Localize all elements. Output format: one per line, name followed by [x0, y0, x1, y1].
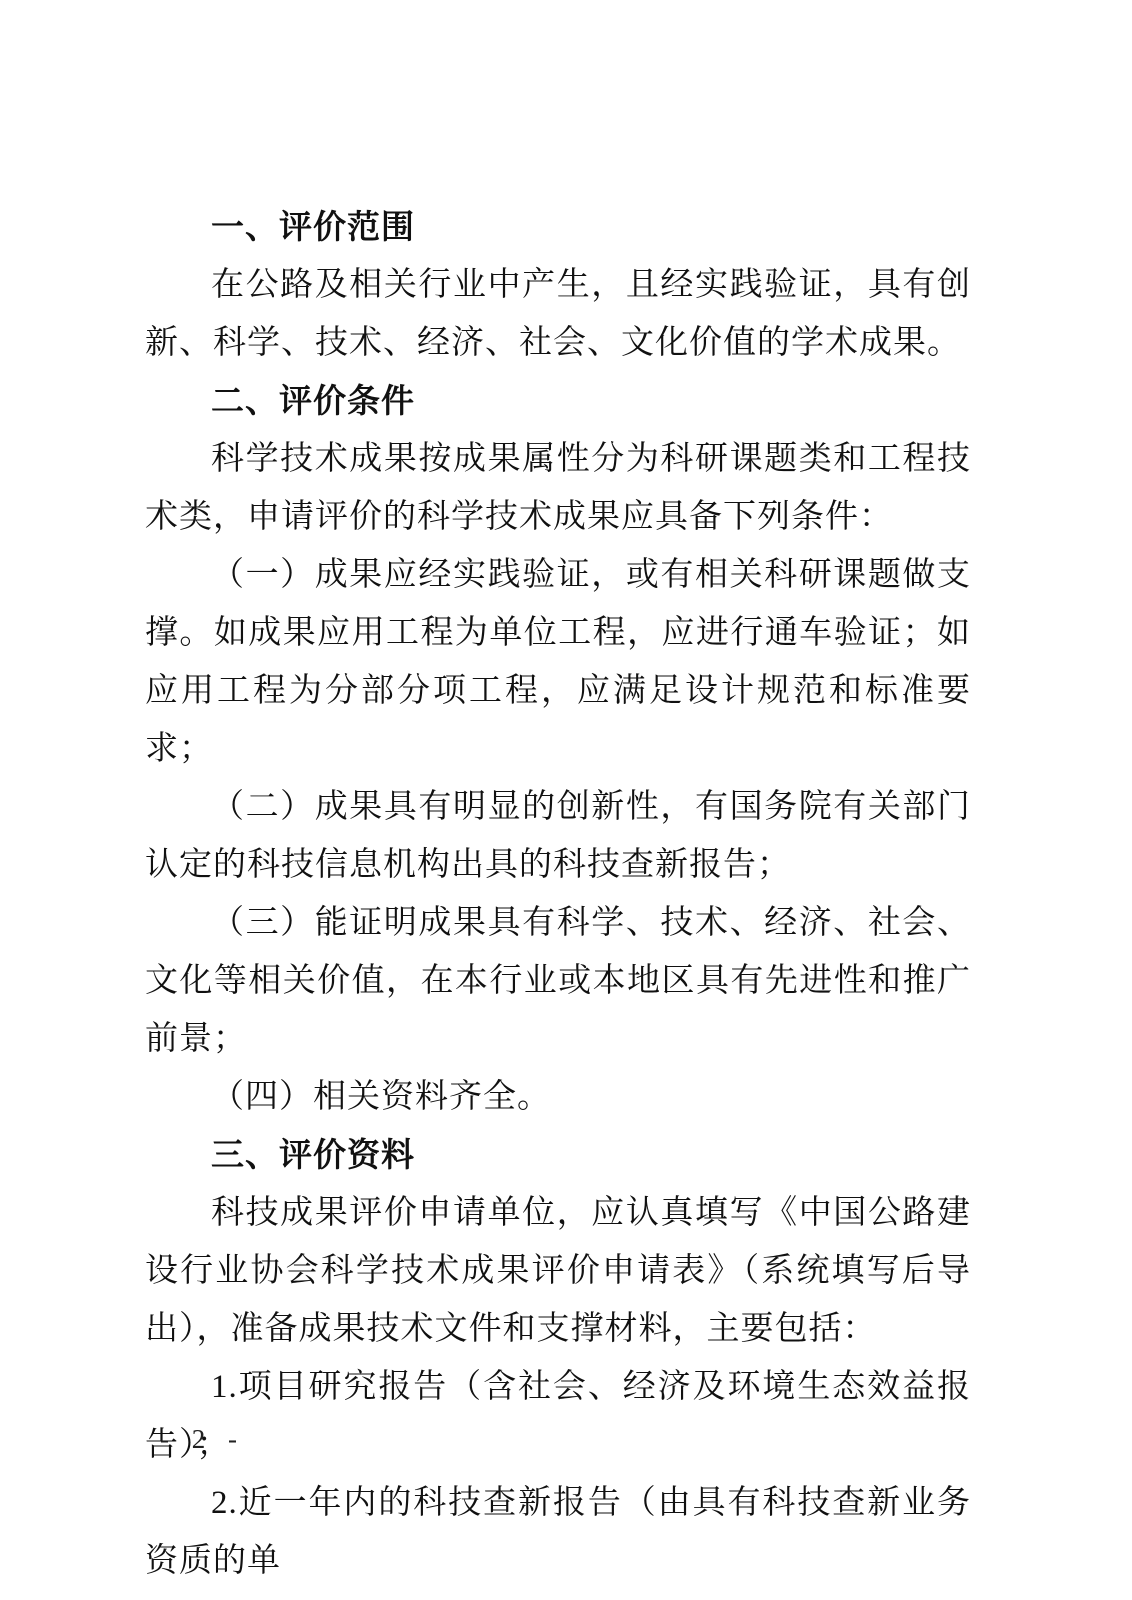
paragraph-item-2: （二）成果具有明显的创新性，有国务院有关部门认定的科技信息机构出具的科技查新报告… [145, 778, 971, 894]
paragraph: 科学技术成果按成果属性分为科研课题类和工程技术类，申请评价的科学技术成果应具备下… [145, 430, 971, 546]
section-heading-1: 一、评价范围 [145, 198, 971, 256]
document-content: 一、评价范围 在公路及相关行业中产生，且经实践验证，具有创新、科学、技术、经济、… [145, 198, 971, 1590]
paragraph-item-4: （四）相关资料齐全。 [145, 1068, 971, 1126]
paragraph-item-3: （三）能证明成果具有科学、技术、经济、社会、文化等相关价值，在本行业或本地区具有… [145, 894, 971, 1068]
paragraph: 科技成果评价申请单位，应认真填写《中国公路建设行业协会科学技术成果评价申请表》（… [145, 1184, 971, 1358]
page-number: - 2 - [160, 1424, 245, 1455]
list-item-2: 2.近一年内的科技查新报告（由具有科技查新业务资质的单 [145, 1474, 971, 1590]
section-heading-3: 三、评价资料 [145, 1126, 971, 1184]
paragraph: 在公路及相关行业中产生，且经实践验证，具有创新、科学、技术、经济、社会、文化价值… [145, 256, 971, 372]
paragraph-item-1: （一）成果应经实践验证，或有相关科研课题做支撑。如成果应用工程为单位工程，应进行… [145, 546, 971, 778]
document-page: 一、评价范围 在公路及相关行业中产生，且经实践验证，具有创新、科学、技术、经济、… [0, 0, 1132, 1600]
list-item-1: 1.项目研究报告（含社会、经济及环境生态效益报告）； [145, 1358, 971, 1474]
section-heading-2: 二、评价条件 [145, 372, 971, 430]
